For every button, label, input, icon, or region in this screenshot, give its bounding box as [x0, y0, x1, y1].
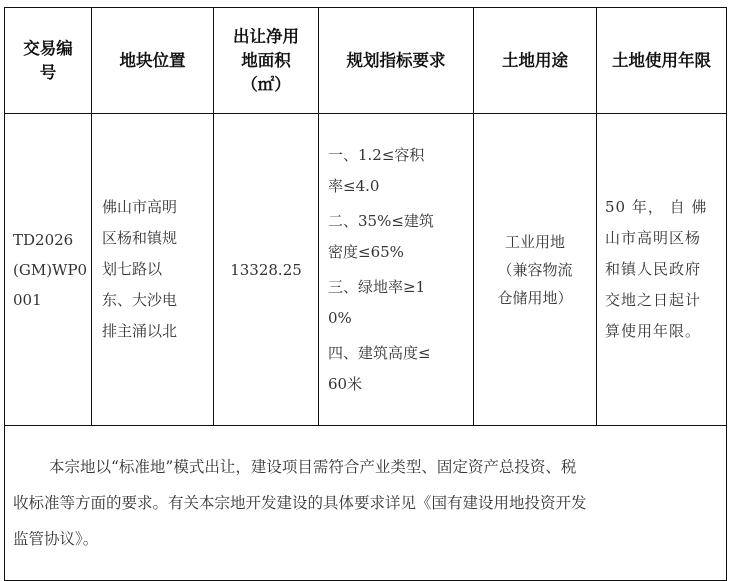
- planning-item-building-height: 四、建筑高度≤ 60米: [328, 338, 473, 400]
- header-row: 交易编 号 地块位置 出让净用 地面积 （㎡） 规划指标要求 土地用途 土地使用…: [5, 8, 727, 114]
- planning-item-green-ratio: 三、绿地率≥1 0%: [328, 272, 473, 334]
- planning-item-building-density: 二、35%≤建筑 密度≤65%: [328, 206, 473, 268]
- note-text: 监管协议》。: [13, 521, 718, 557]
- land-use-term-cell: 50 年， 自 佛 山市高明区杨 和镇人民政府 交地之日起计 算使用年限。: [597, 114, 727, 426]
- note-row: 本宗地以“标准地”模式出让，建设项目需符合产业类型、固定资产总投资、税 收标准等…: [5, 426, 727, 581]
- header-planning-requirements: 规划指标要求: [319, 8, 474, 114]
- table-row: TD2026 (GM)WP0 001 佛山市高明 区杨和镇规 划七路以 东、大沙…: [5, 114, 727, 426]
- header-transaction-number: 交易编 号: [5, 8, 92, 114]
- note-cell: 本宗地以“标准地”模式出让，建设项目需符合产业类型、固定资产总投资、税 收标准等…: [5, 426, 727, 581]
- header-location: 地块位置: [92, 8, 214, 114]
- location-cell: 佛山市高明 区杨和镇规 划七路以 东、大沙电 排主涌以北: [92, 114, 214, 426]
- land-use-cell: 工业用地 （兼容物流 仓储用地）: [474, 114, 597, 426]
- header-net-area: 出让净用 地面积 （㎡）: [214, 8, 319, 114]
- header-land-use-term: 土地使用年限: [597, 8, 727, 114]
- header-land-use: 土地用途: [474, 8, 597, 114]
- transaction-number-cell: TD2026 (GM)WP0 001: [5, 114, 92, 426]
- note-text: 本宗地以“标准地”模式出让，建设项目需符合产业类型、固定资产总投资、税: [13, 449, 718, 485]
- planning-requirements-cell: 一、1.2≤容积 率≤4.0 二、35%≤建筑 密度≤65% 三、绿地率≥1 0…: [319, 114, 474, 426]
- net-area-cell: 13328.25: [214, 114, 319, 426]
- note-text: 收标准等方面的要求。有关本宗地开发建设的具体要求详见《国有建设用地投资开发: [13, 485, 718, 521]
- land-transfer-table: 交易编 号 地块位置 出让净用 地面积 （㎡） 规划指标要求 土地用途 土地使用…: [4, 7, 727, 581]
- planning-item-plot-ratio: 一、1.2≤容积 率≤4.0: [328, 140, 473, 202]
